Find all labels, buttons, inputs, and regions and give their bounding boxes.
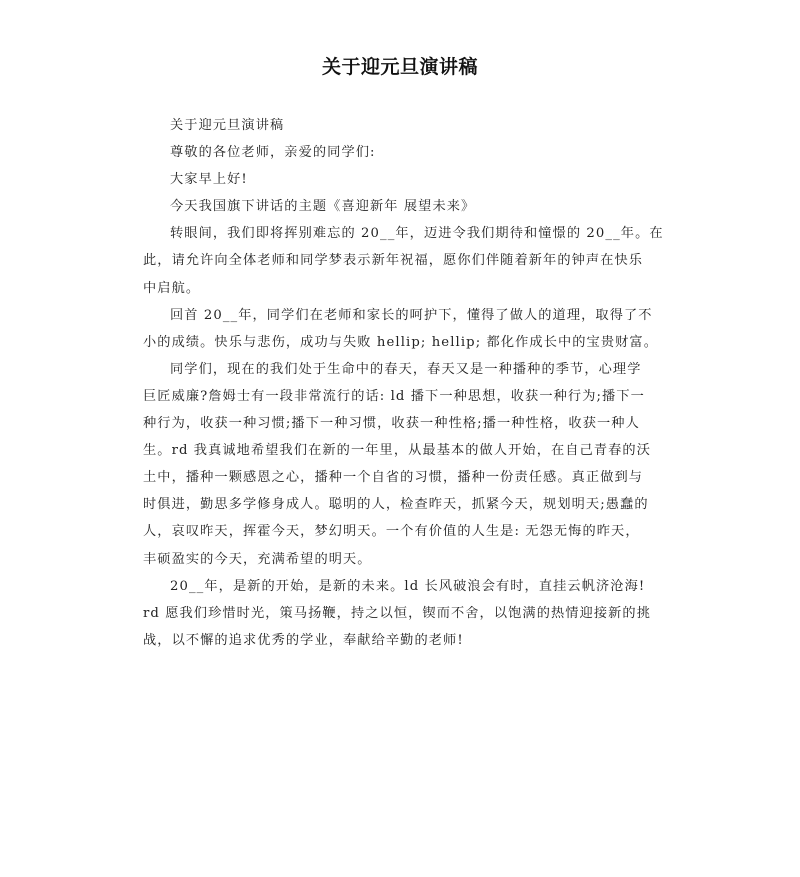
- text-line: 中启航。: [143, 275, 663, 302]
- text-line: 尊敬的各位老师，亲爱的同学们:: [143, 139, 663, 166]
- document-title: 关于迎元旦演讲稿: [0, 52, 800, 79]
- text-line: 回首 20__年，同学们在老师和家长的呵护下，懂得了做人的道理，取得了不: [143, 302, 663, 329]
- text-line: rd 愿我们珍惜时光，策马扬鞭，持之以恒，锲而不舍，以饱满的热情迎接新的挑: [143, 600, 663, 627]
- text-line: 转眼间，我们即将挥别难忘的 20__年，迈进令我们期待和憧憬的 20__年。在: [143, 220, 663, 247]
- text-line: 大家早上好!: [143, 166, 663, 193]
- text-line: 土中，播种一颗感恩之心，播种一个自省的习惯，播种一份责任感。真正做到与: [143, 464, 663, 491]
- text-line: 战，以不懈的追求优秀的学业，奉献给辛勤的老师!: [143, 627, 663, 654]
- text-line: 种行为，收获一种习惯;播下一种习惯，收获一种性格;播一种性格，收获一种人: [143, 410, 663, 437]
- text-line: 20__年，是新的开始，是新的未来。ld 长风破浪会有时，直挂云帆济沧海!: [143, 573, 663, 600]
- text-line: 关于迎元旦演讲稿: [143, 112, 663, 139]
- text-line: 丰硕盈实的今天，充满希望的明天。: [143, 546, 663, 573]
- text-line: 同学们，现在的我们处于生命中的春天，春天又是一种播种的季节，心理学: [143, 356, 663, 383]
- document-body: 关于迎元旦演讲稿尊敬的各位老师，亲爱的同学们:大家早上好!今天我国旗下讲话的主题…: [143, 112, 663, 654]
- text-line: 此，请允许向全体老师和同学梦表示新年祝福，愿你们伴随着新年的钟声在快乐: [143, 247, 663, 274]
- document-page: 关于迎元旦演讲稿 关于迎元旦演讲稿尊敬的各位老师，亲爱的同学们:大家早上好!今天…: [0, 0, 800, 877]
- text-line: 生。rd 我真诚地希望我们在新的一年里，从最基本的做人开始，在自己青春的沃: [143, 437, 663, 464]
- text-line: 今天我国旗下讲话的主题《喜迎新年 展望未来》: [143, 193, 663, 220]
- text-line: 人，哀叹昨天，挥霍今天，梦幻明天。一个有价值的人生是: 无怨无悔的昨天，: [143, 518, 663, 545]
- text-line: 小的成绩。快乐与悲伤，成功与失败 hellip; hellip; 都化作成长中的…: [143, 329, 663, 356]
- text-line: 巨匠威廉?詹姆士有一段非常流行的话: ld 播下一种思想，收获一种行为;播下一: [143, 383, 663, 410]
- text-line: 时俱进，勤思多学修身成人。聪明的人，检查昨天，抓紧今天，规划明天;愚蠢的: [143, 491, 663, 518]
